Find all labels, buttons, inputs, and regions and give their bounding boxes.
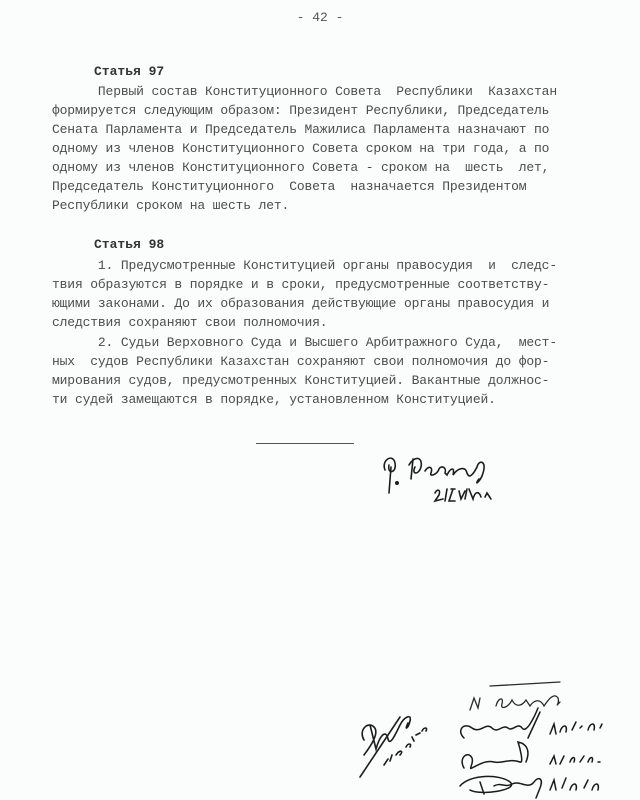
text-line: одному из членов Конституционного Совета… [52, 139, 557, 158]
text-line: ющими законами. До их образования действ… [52, 294, 557, 313]
bottom-left-signature [350, 685, 460, 785]
text-line: 2. Судьи Верховного Суда и Высшего Арбит… [52, 333, 557, 352]
main-signature [375, 445, 535, 515]
text-line: следствия сохраняют свои полномочия. [52, 313, 557, 332]
article-97-heading: Статья 97 [94, 64, 164, 79]
bottom-right-signatures [450, 678, 640, 800]
text-line: формируется следующим образом: Президент… [52, 101, 557, 120]
text-line: 1. Предусмотренные Конституцией органы п… [52, 256, 557, 275]
text-line: твия образуются в порядке и в сроки, пре… [52, 275, 557, 294]
text-line: одному из членов Конституционного Совета… [52, 158, 557, 177]
text-line: Первый состав Конституционного Совета Ре… [52, 82, 557, 101]
text-line: ти судей замещаются в порядке, установле… [52, 390, 557, 409]
text-line: Председатель Конституционного Совета наз… [52, 177, 557, 196]
text-line: ных судов Республики Казахстан сохраняют… [52, 352, 557, 371]
page-number: - 42 - [0, 10, 640, 25]
article-98-heading: Статья 98 [94, 237, 164, 252]
text-line: Республики сроком на шесть лет. [52, 196, 557, 215]
text-line: Сената Парламента и Председатель Мажилис… [52, 120, 557, 139]
separator-line [256, 443, 354, 444]
text-line: мирования судов, предусмотренных Констит… [52, 371, 557, 390]
